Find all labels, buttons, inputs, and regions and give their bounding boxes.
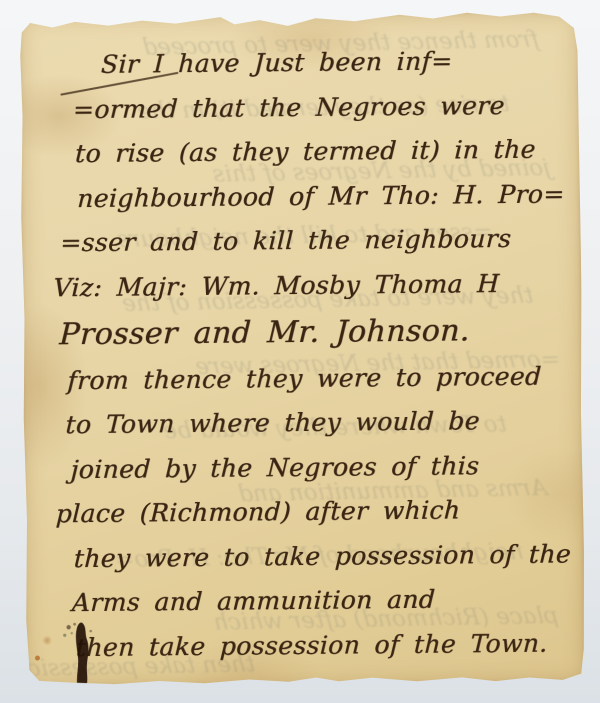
letter-line: from thence they were to proceed <box>66 361 572 410</box>
letter-line: Arms and ammunition and <box>71 584 563 633</box>
ink-blot <box>61 621 112 701</box>
letter-line: they were to take possession of the <box>73 539 565 588</box>
letter-line: Viz: Majr: Wm. Mosby Thoma H <box>52 268 576 318</box>
letter-line: then take possession of the Town. <box>75 628 561 677</box>
letter-line: =sser and to kill the neighbours <box>59 223 578 272</box>
letter-line: to rise (as they termed it) in the <box>74 134 582 183</box>
letter-text: Sir I have Just been inf= =ormed that th… <box>37 45 586 677</box>
letter-line: place (Richmond) after which <box>54 494 566 543</box>
letter-line: Sir I have Just been inf= <box>100 45 586 94</box>
letter-page: from thence they were to proceed to rise… <box>19 10 585 687</box>
letter-line: neighbourhood of Mr Tho: H. Pro= <box>76 179 580 228</box>
letter-line: Prosser and Mr. Johnson. <box>58 312 574 361</box>
scan-background: from thence they were to proceed to rise… <box>0 0 600 703</box>
foxing-spot <box>35 656 40 661</box>
letter-line: =ormed that the Negroes were <box>72 90 584 139</box>
letter-line: joined by the Negroes of this <box>69 450 568 499</box>
letter-line: to Town where they would be <box>64 405 570 454</box>
